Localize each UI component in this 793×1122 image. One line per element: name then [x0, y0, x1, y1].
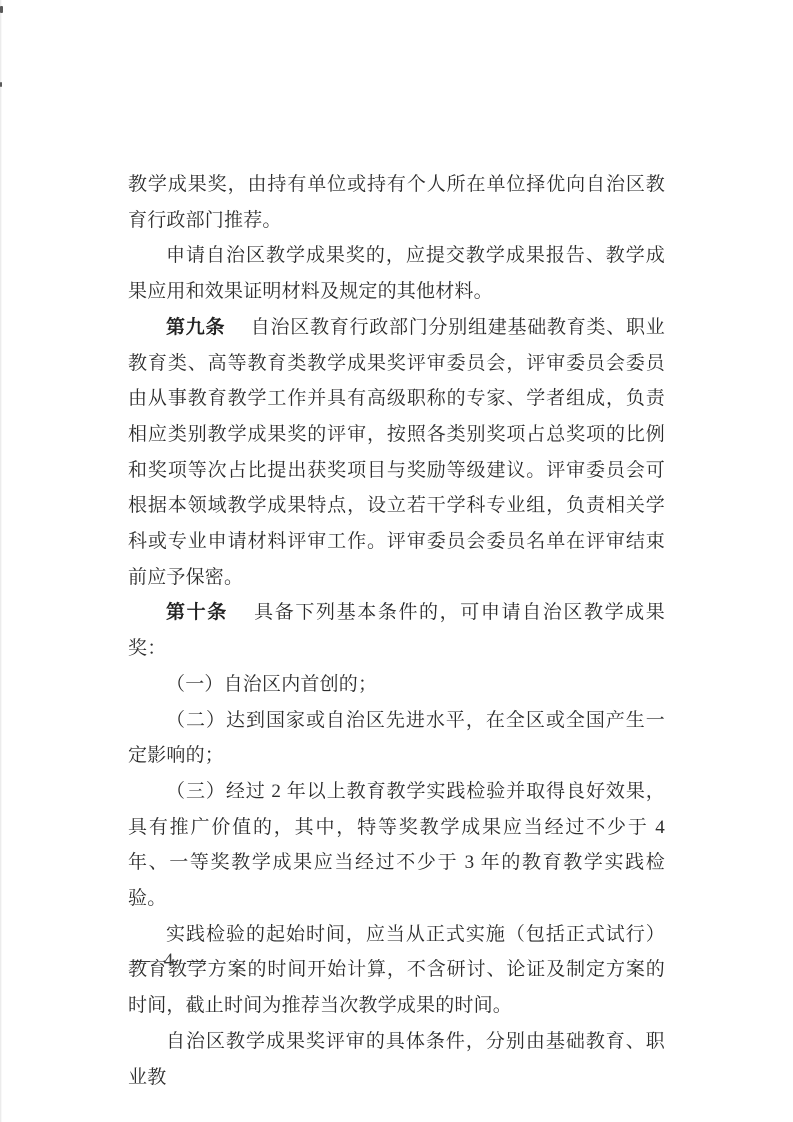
- body-text-column: 教学成果奖，由持有单位或持有个人所在单位择优向自治区教育行政部门推荐。 申请自治…: [128, 167, 665, 1095]
- document-page: 教学成果奖，由持有单位或持有个人所在单位择优向自治区教育行政部门推荐。 申请自治…: [0, 0, 793, 1122]
- application-materials-paragraph: 申请自治区教学成果奖的，应提交教学成果报告、教学成果应用和效果证明材料及规定的其…: [128, 238, 665, 309]
- closing-partial-paragraph: 自治区教学成果奖评审的具体条件，分别由基础教育、职业教: [128, 1024, 665, 1095]
- paragraph-text: 申请自治区教学成果奖的，应提交教学成果报告、教学成果应用和效果证明材料及规定的其…: [128, 245, 665, 302]
- practice-period-paragraph: 实践检验的起始时间，应当从正式实施（包括正式试行）教育教学方案的时间开始计算，不…: [128, 917, 665, 1024]
- paragraph-text: （三）经过 2 年以上教育教学实践检验并取得良好效果，具有推广价值的，其中，特等…: [128, 781, 665, 909]
- article-10-term: 第十条: [166, 602, 228, 623]
- scan-speck: [0, 6, 3, 13]
- footer-page-number: — 4 —: [131, 944, 206, 977]
- condition-3-paragraph: （三）经过 2 年以上教育教学实践检验并取得良好效果，具有推广价值的，其中，特等…: [128, 774, 665, 917]
- article-9-paragraph: 第九条 自治区教育行政部门分别组建基础教育类、职业教育类、高等教育类教学成果奖评…: [128, 310, 665, 596]
- scan-speck: [0, 82, 2, 87]
- condition-2-paragraph: （二）达到国家或自治区先进水平，在全区或全国产生一定影响的；: [128, 703, 665, 774]
- condition-1-paragraph: （一）自治区内首创的；: [128, 667, 665, 703]
- paragraph-text: 自治区教学成果奖评审的具体条件，分别由基础教育、职业教: [128, 1031, 665, 1088]
- paragraph-text: 实践检验的起始时间，应当从正式实施（包括正式试行）教育教学方案的时间开始计算，不…: [128, 924, 665, 1016]
- article-10-paragraph: 第十条 具备下列基本条件的，可申请自治区教学成果奖：: [128, 595, 665, 666]
- paragraph-text: （二）达到国家或自治区先进水平，在全区或全国产生一定影响的；: [128, 710, 665, 767]
- paragraph-text: （一）自治区内首创的；: [166, 674, 377, 695]
- article-9-term: 第九条: [166, 317, 225, 338]
- scan-edge-artifact: [0, 0, 2, 1122]
- paragraph-text: 教学成果奖，由持有单位或持有个人所在单位择优向自治区教育行政部门推荐。: [128, 174, 665, 231]
- paragraph-text: 自治区教育行政部门分别组建基础教育类、职业教育类、高等教育类教学成果奖评审委员会…: [128, 317, 665, 588]
- continuation-paragraph: 教学成果奖，由持有单位或持有个人所在单位择优向自治区教育行政部门推荐。: [128, 167, 665, 238]
